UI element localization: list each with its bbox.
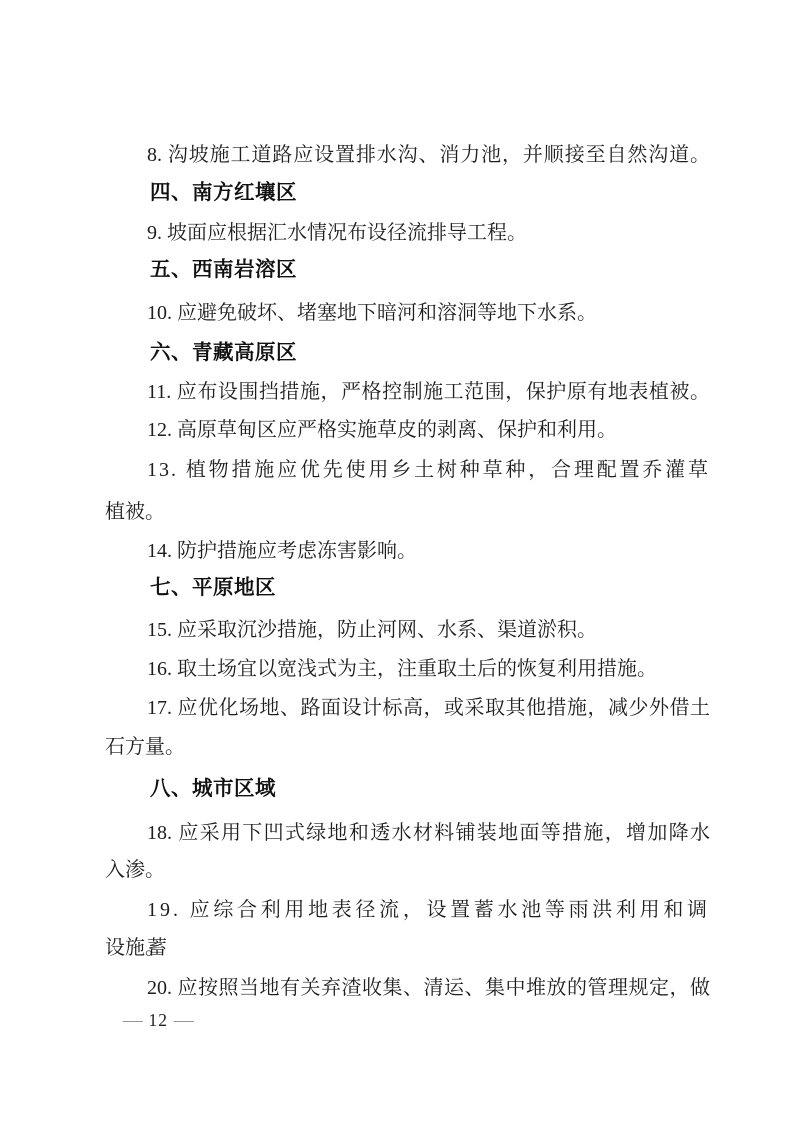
item-18-line-1: 18. 应采用下凹式绿地和透水材料铺装地面等措施，增加降水 (105, 814, 710, 852)
heading-section-6: 六、青藏高原区 (105, 334, 710, 372)
page-footer: — 12 — (124, 1008, 193, 1032)
item-9-line: 9. 坡面应根据汇水情况布设径流排导工程。 (105, 214, 710, 252)
footer-dash-right: — (174, 1010, 194, 1031)
item-13-line-2: 植被。 (105, 493, 710, 531)
item-11-line: 11. 应布设围挡措施，严格控制施工范围，保护原有地表植被。 (105, 373, 710, 411)
item-8-line: 8. 沟坡施工道路应设置排水沟、消力池，并顺接至自然沟道。 (105, 136, 710, 174)
item-19-line-2: 设施。 (105, 929, 710, 967)
heading-section-7: 七、平原地区 (105, 569, 710, 607)
item-15-line: 15. 应采取沉沙措施，防止河网、水系、渠道淤积。 (105, 611, 710, 649)
heading-section-8: 八、城市区域 (105, 770, 710, 808)
heading-section-4: 四、南方红壤区 (105, 174, 710, 212)
item-17-line-1: 17. 应优化场地、路面设计标高，或采取其他措施，减少外借土 (105, 689, 710, 727)
footer-dash-left: — (123, 1010, 143, 1031)
item-19-line-1: 19. 应综合利用地表径流，设置蓄水池等雨洪利用和调蓄 (105, 891, 710, 929)
item-14-line: 14. 防护措施应考虑冻害影响。 (105, 532, 710, 570)
item-16-line: 16. 取土场宜以宽浅式为主，注重取土后的恢复利用措施。 (105, 650, 710, 688)
item-13-line-1: 13. 植物措施应优先使用乡土树种草种，合理配置乔灌草 (105, 451, 710, 489)
item-12-line: 12. 高原草甸区应严格实施草皮的剥离、保护和利用。 (105, 411, 710, 449)
item-20-line: 20. 应按照当地有关弃渣收集、清运、集中堆放的管理规定，做 (105, 969, 710, 1007)
page-number: 12 (149, 1010, 169, 1031)
heading-section-5: 五、西南岩溶区 (105, 251, 710, 289)
document-page: 8. 沟坡施工道路应设置排水沟、消力池，并顺接至自然沟道。 四、南方红壤区 9.… (0, 0, 800, 1131)
item-17-line-2: 石方量。 (105, 728, 710, 766)
item-10-line: 10. 应避免破坏、堵塞地下暗河和溶洞等地下水系。 (105, 294, 710, 332)
item-18-line-2: 入渗。 (105, 851, 710, 889)
